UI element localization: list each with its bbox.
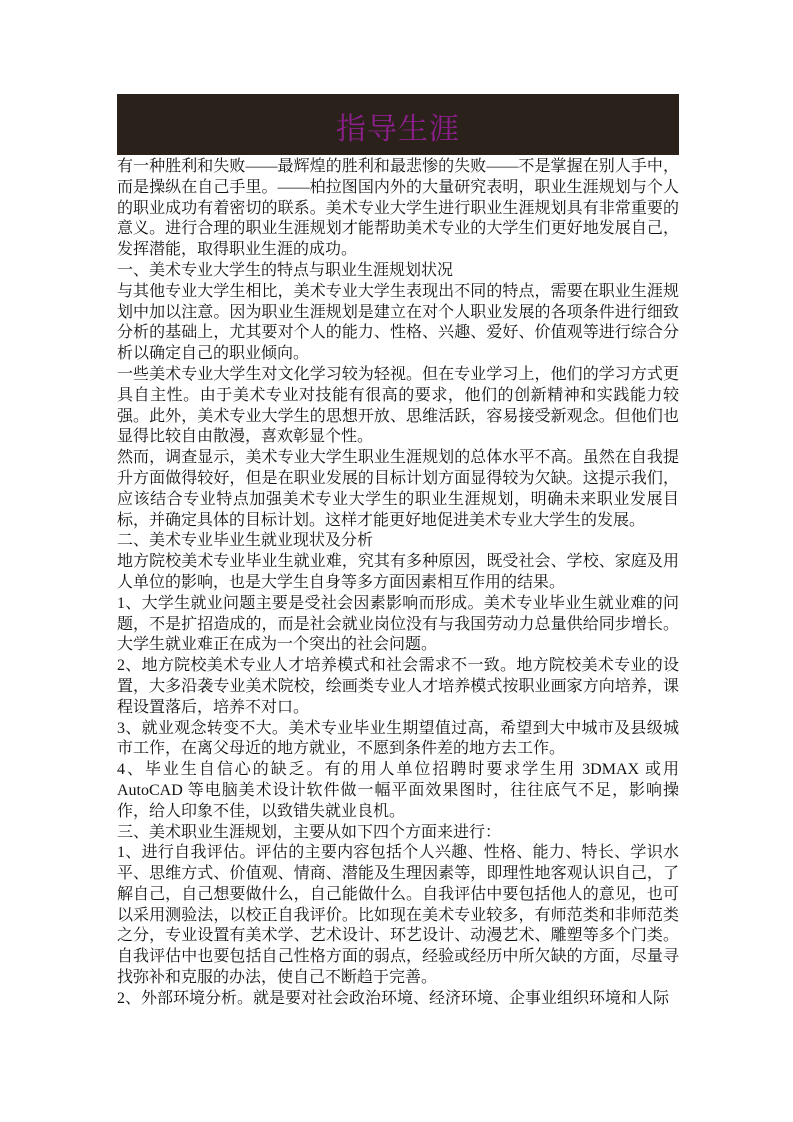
paragraph: 与其他专业大学生相比，美术专业大学生表现出不同的特点，需要在职业生涯规划中加以注…: [117, 282, 679, 365]
paragraph: 一、美术专业大学生的特点与职业生涯规划状况: [117, 261, 679, 282]
paragraph: 三、美术职业生涯规划，主要从如下四个方面来进行：: [117, 823, 679, 844]
paragraph: 4、毕业生自信心的缺乏。有的用人单位招聘时要求学生用 3DMAX 或用 Auto…: [117, 760, 679, 822]
paragraph: 2、地方院校美术专业人才培养模式和社会需求不一致。地方院校美术专业的设置，大多沿…: [117, 656, 679, 718]
document-page: 指导生涯 有一种胜利和失败——最辉煌的胜利和最悲惨的失败——不是掌握在别人手中，…: [0, 0, 793, 1122]
paragraph: 1、进行自我评估。评估的主要内容包括个人兴趣、性格、能力、特长、学识水平、思维方…: [117, 843, 679, 989]
paragraph: 地方院校美术专业毕业生就业难，究其有多种原因，既受社会、学校、家庭及用人单位的影…: [117, 552, 679, 594]
paragraph: 二、美术专业毕业生就业现状及分析: [117, 531, 679, 552]
article-body: 有一种胜利和失败——最辉煌的胜利和最悲惨的失败——不是掌握在别人手中，而是操纵在…: [117, 157, 679, 1010]
paragraph: 然而，调查显示，美术专业大学生职业生涯规划的总体水平不高。虽然在自我提升方面做得…: [117, 448, 679, 531]
paragraph: 有一种胜利和失败——最辉煌的胜利和最悲惨的失败——不是掌握在别人手中，而是操纵在…: [117, 157, 679, 261]
paragraph: 2、外部环境分析。就是要对社会政治环境、经济环境、企事业组织环境和人际: [117, 989, 679, 1010]
paragraph: 3、就业观念转变不大。美术专业毕业生期望值过高，希望到大中城市及县级城市工作，在…: [117, 719, 679, 761]
paragraph: 一些美术专业大学生对文化学习较为轻视。但在专业学习上，他们的学习方式更具自主性。…: [117, 365, 679, 448]
title-banner: 指导生涯: [117, 94, 679, 155]
page-title: 指导生涯: [336, 104, 460, 148]
paragraph: 1、大学生就业问题主要是受社会因素影响而形成。美术专业毕业生就业难的问题，不是扩…: [117, 594, 679, 656]
